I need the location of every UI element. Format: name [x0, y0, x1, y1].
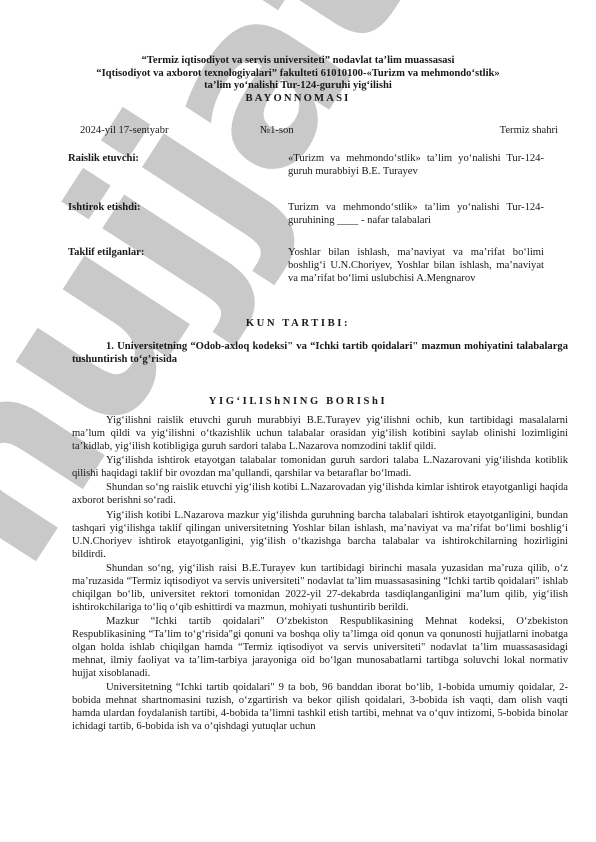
field-label: Raislik etuvchi:: [68, 152, 139, 165]
field-label: Ishtirok etishdi:: [68, 201, 141, 214]
field-value: Yoshlar bilan ishlash, ma’naviyat va ma’…: [288, 246, 544, 285]
header-faculty: “Iqtisodiyot va axborot texnologiyalari”…: [60, 68, 536, 81]
proceedings-title: YIG‘ILIShNING BORIShI: [60, 396, 536, 407]
proceedings-body: Yig‘ilishni raislik etuvchi guruh murabb…: [72, 414, 568, 734]
document-page: “Termiz iqtisodiyot va servis universite…: [0, 0, 596, 842]
document-date: 2024-yil 17-sentyabr: [80, 125, 169, 136]
document-city: Termiz shahri: [500, 125, 558, 136]
header-institution: “Termiz iqtisodiyot va servis universite…: [60, 55, 536, 68]
agenda-title: KUN TARTIBI:: [60, 318, 536, 329]
field-value: «Turizm va mehmondo‘stlik» ta’lim yo‘nal…: [288, 152, 544, 178]
paragraph: Shundan so‘ng raislik etuvchi yig‘ilish …: [72, 481, 568, 507]
field-label: Taklif etilganlar:: [68, 246, 144, 259]
paragraph: Shundan so‘ng, yig‘ilish raisi B.E.Turay…: [72, 562, 568, 614]
agenda-item: 1. Universitetning “Odob-axloq kodeksi" …: [72, 340, 568, 366]
paragraph: Universitetning “Ichki tartib qoidalari"…: [72, 681, 568, 733]
document-number: №1-son: [260, 125, 294, 136]
document-title: BAYONNOMASI: [60, 93, 536, 106]
header-group: ta’lim yo‘nalishi Tur-124-guruhi yig‘ili…: [60, 80, 536, 93]
paragraph: Yig‘ilishda ishtirok etayotgan talabalar…: [72, 454, 568, 480]
paragraph: Yig‘ilish kotibi L.Nazarova mazkur yig‘i…: [72, 509, 568, 561]
field-value: Turizm va mehmondo‘stlik» ta’lim yo‘nali…: [288, 201, 544, 227]
paragraph: Mazkur “Ichki tartib qoidalari" O‘zbekis…: [72, 615, 568, 680]
document-header: “Termiz iqtisodiyot va servis universite…: [60, 55, 536, 105]
paragraph: Yig‘ilishni raislik etuvchi guruh murabb…: [72, 414, 568, 453]
